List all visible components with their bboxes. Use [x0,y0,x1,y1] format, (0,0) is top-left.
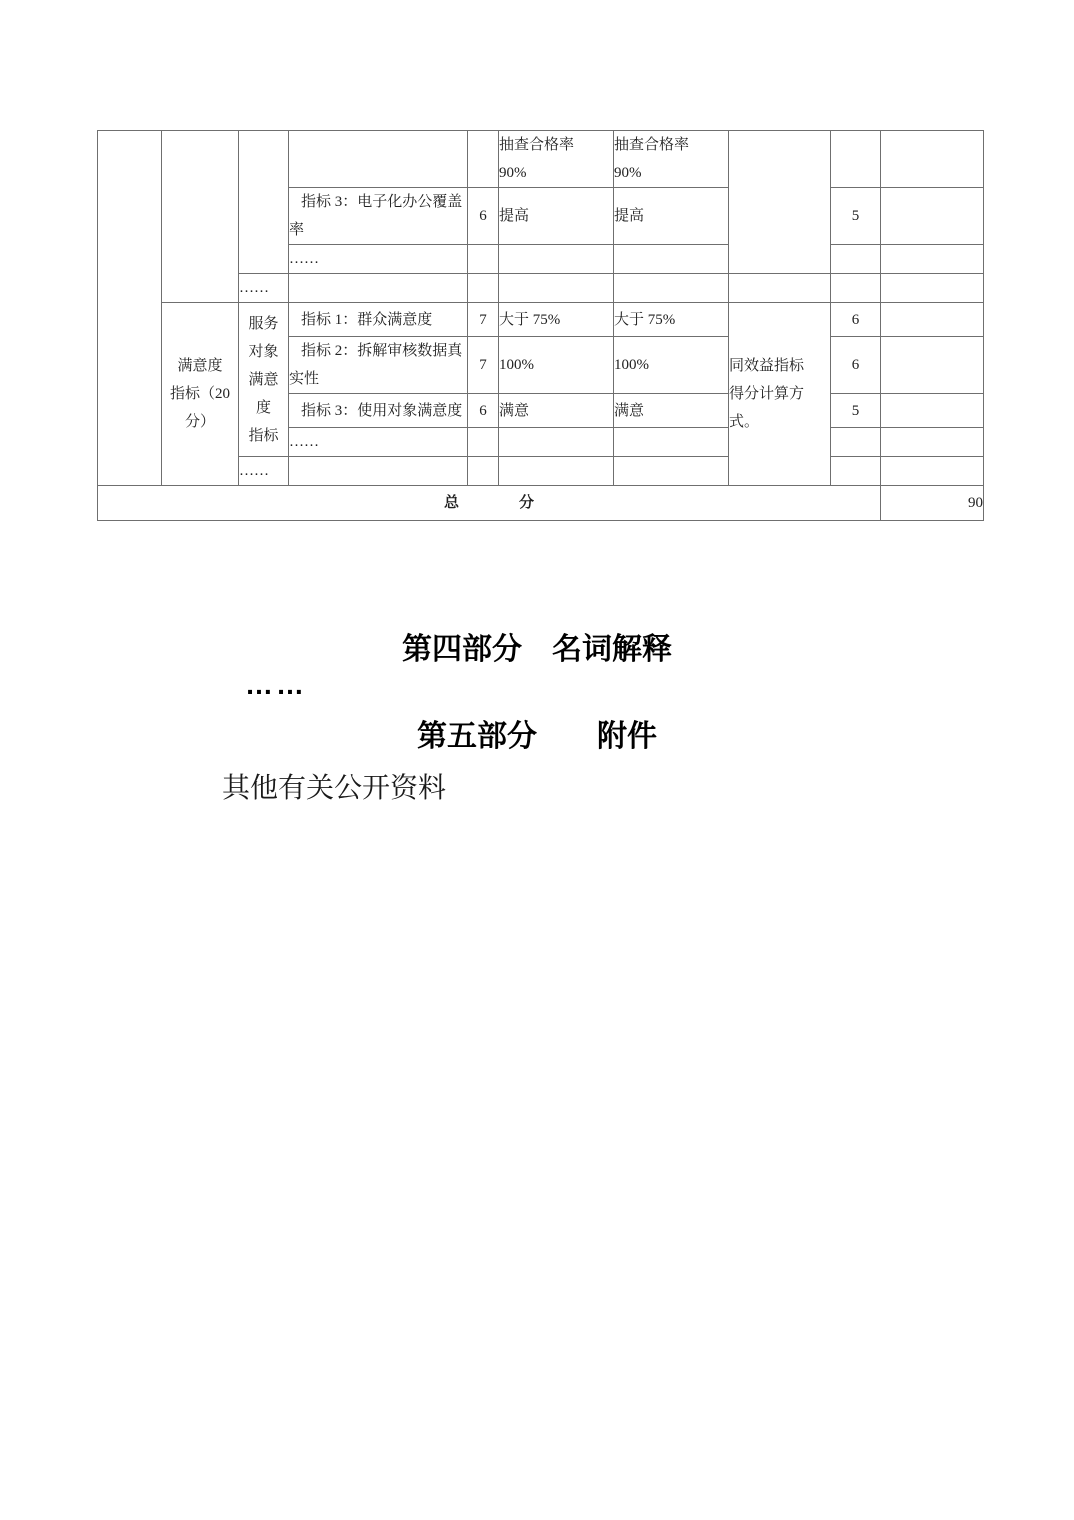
cell-indicator: 指标 1：群众满意度 [289,303,468,337]
part5-heading: 第五部分 附件 [0,718,1074,756]
cell-indicator-ellipsis: …… [289,428,468,457]
cell-satisfaction-category: 满意度 指标（20 分） [162,303,239,486]
section-ellipsis-text: …… [245,670,307,700]
other-materials-text: 其他有关公开资料 [222,770,446,808]
cell-remark-empty [881,131,984,188]
cell-actual-value: 满意 [614,394,729,428]
cell-indicator-ellipsis: …… [289,245,468,274]
cell-actual-value: 抽查合格率 90% [614,131,729,188]
cell-actual-empty [614,274,729,303]
cell-weight: 6 [468,394,499,428]
cell-indicator: 指标 2：拆解审核数据真 实性 [289,337,468,394]
total-score-label: 总 分 [98,486,881,521]
cell-category-left-empty [98,131,162,486]
cell-score: 6 [831,303,881,337]
cell-service-object-subgroup: 服务 对象 满意 度 指标 [239,303,289,457]
cell-method-empty [729,274,831,303]
cell-target-empty [499,428,614,457]
cell-actual-value: 大于 75% [614,303,729,337]
cell-target-value: 100% [499,337,614,394]
cell-score-empty [831,245,881,274]
cell-score: 6 [831,337,881,394]
cell-weight-empty [468,457,499,486]
cell-remark-empty [881,394,984,428]
cell-scoring-method: 同效益指标 得分计算方 式。 [729,303,831,486]
cell-weight-empty [468,274,499,303]
cell-target-empty [499,274,614,303]
cell-score-empty [831,457,881,486]
cell-weight-empty [468,245,499,274]
document-page: 抽查合格率 90% 抽查合格率 90% 指标 3：电子化办公覆盖 率 6 提高 … [0,0,1074,1520]
table-row: 满意度 指标（20 分） 服务 对象 满意 度 指标 指标 1：群众满意度 7 … [98,303,984,337]
cell-indicator: 指标 3：使用对象满意度 [289,394,468,428]
cell-indicator-empty [289,274,468,303]
cell-target-value: 提高 [499,188,614,245]
cell-remark-empty [881,457,984,486]
cell-subgroup-ellipsis: …… [239,457,289,486]
cell-score-empty [831,428,881,457]
cell-indicator-empty [289,131,468,188]
cell-target-empty [499,457,614,486]
cell-target-value: 大于 75% [499,303,614,337]
cell-target-empty [499,245,614,274]
cell-indicator: 指标 3：电子化办公覆盖 率 [289,188,468,245]
cell-weight: 7 [468,303,499,337]
total-score-value: 90 [881,486,984,521]
cell-method-empty [729,131,831,274]
cell-actual-value: 提高 [614,188,729,245]
cell-indicator-empty [289,457,468,486]
cell-subgroup-ellipsis: …… [239,274,289,303]
cell-weight-empty [468,131,499,188]
cell-actual-value: 100% [614,337,729,394]
cell-remark-empty [881,188,984,245]
cell-actual-empty [614,457,729,486]
cell-group-empty [162,131,239,303]
cell-target-value: 抽查合格率 90% [499,131,614,188]
cell-remark-empty [881,274,984,303]
cell-weight-empty [468,428,499,457]
table-row: 抽查合格率 90% 抽查合格率 90% [98,131,984,188]
cell-target-value: 满意 [499,394,614,428]
cell-score-empty [831,131,881,188]
cell-score-empty [831,274,881,303]
cell-actual-empty [614,428,729,457]
cell-weight: 7 [468,337,499,394]
cell-subgroup-empty [239,131,289,274]
cell-score: 5 [831,188,881,245]
cell-remark-empty [881,428,984,457]
cell-weight: 6 [468,188,499,245]
table-row-total: 总 分 90 [98,486,984,521]
cell-remark-empty [881,337,984,394]
performance-indicator-table: 抽查合格率 90% 抽查合格率 90% 指标 3：电子化办公覆盖 率 6 提高 … [97,130,984,521]
cell-score: 5 [831,394,881,428]
cell-remark-empty [881,245,984,274]
part4-heading: 第四部分 名词解释 [0,631,1074,669]
cell-remark-empty [881,303,984,337]
cell-actual-empty [614,245,729,274]
